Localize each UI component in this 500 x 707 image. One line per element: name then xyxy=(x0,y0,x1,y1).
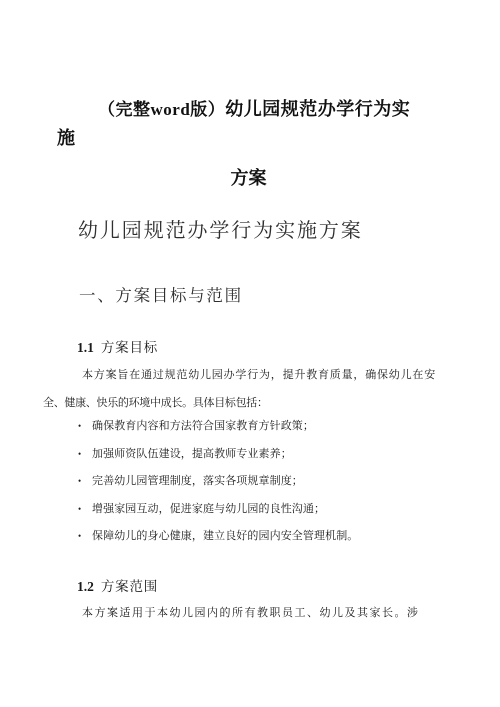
main-heading: 幼儿园规范办学行为实施方案 xyxy=(43,216,438,246)
doc-title-prefix: （完整word版） xyxy=(98,100,225,119)
bullet-item: • 保障幼儿的身心健康，建立良好的园内安全管理机制。 xyxy=(43,523,438,551)
section-heading: 一、方案目标与范围 xyxy=(43,284,438,308)
doc-title-line1: （完整word版）幼儿园规范办学行为实 xyxy=(57,95,438,124)
subsection-heading-1-1: 1.1方案目标 xyxy=(43,338,438,358)
bullet-marker: • xyxy=(78,468,92,496)
subsection-title: 方案范围 xyxy=(101,579,158,594)
doc-subtitle: 方案 xyxy=(43,164,438,192)
bullet-text: 保障幼儿的身心健康，建立良好的园内安全管理机制。 xyxy=(92,523,358,551)
doc-title-text: 幼儿园规范办学行为实 xyxy=(225,99,410,119)
document-page: （完整word版）幼儿园规范办学行为实 施 方案 幼儿园规范办学行为实施方案 一… xyxy=(0,0,500,707)
subsection-number: 1.1 xyxy=(77,340,94,355)
bullet-text: 增强家园互动，促进家庭与幼儿园的良性沟通； xyxy=(92,496,325,524)
bullet-item: • 确保教育内容和方法符合国家教育方针政策； xyxy=(43,413,438,441)
bullet-marker: • xyxy=(78,413,92,441)
paragraph-line: 本方案旨在通过规范幼儿园办学行为，提升教育质量，确保幼儿在安 xyxy=(43,361,438,389)
doc-title-line2: 施 xyxy=(57,124,438,152)
bullet-text: 加强师资队伍建设，提高教师专业素养； xyxy=(92,441,292,469)
bullet-marker: • xyxy=(78,523,92,551)
bullet-list: • 确保教育内容和方法符合国家教育方针政策； • 加强师资队伍建设，提高教师专业… xyxy=(43,413,438,551)
subsection-title: 方案目标 xyxy=(101,340,158,355)
bullet-item: • 加强师资队伍建设，提高教师专业素养； xyxy=(43,441,438,469)
bullet-text: 完善幼儿园管理制度，落实各项规章制度； xyxy=(92,468,303,496)
subsection-number: 1.2 xyxy=(77,579,94,594)
bullet-item: • 完善幼儿园管理制度，落实各项规章制度； xyxy=(43,468,438,496)
subsection-heading-1-2: 1.2方案范围 xyxy=(43,577,438,597)
doc-title: （完整word版）幼儿园规范办学行为实 施 xyxy=(57,0,438,152)
bullet-text: 确保教育内容和方法符合国家教育方针政策； xyxy=(92,413,314,441)
bullet-item: • 增强家园互动，促进家庭与幼儿园的良性沟通； xyxy=(43,496,438,524)
paragraph-line: 本方案适用于本幼儿园内的所有教职员工、幼儿及其家长。涉 xyxy=(43,599,438,627)
bullet-marker: • xyxy=(78,496,92,524)
bullet-marker: • xyxy=(78,441,92,469)
